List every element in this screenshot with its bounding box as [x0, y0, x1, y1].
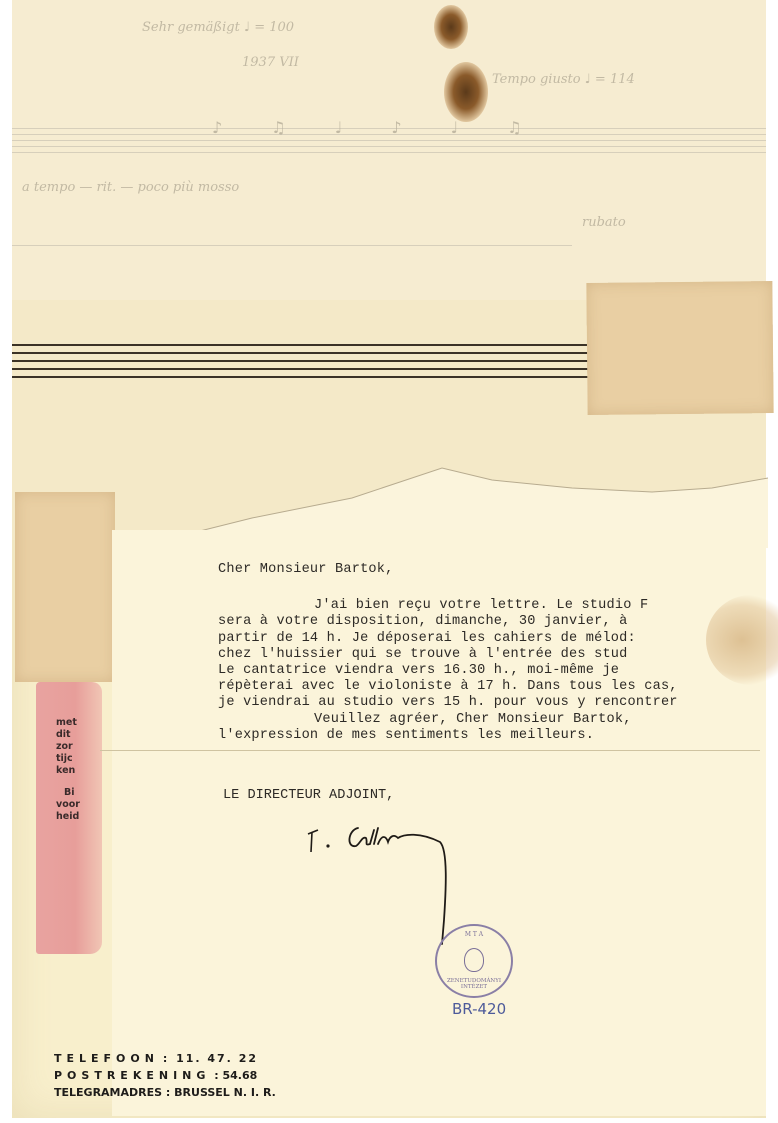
- archive-number: BR-420: [452, 1000, 506, 1018]
- stamp-top-text: M T A: [437, 931, 511, 938]
- pink-label-fragment: tijc: [56, 753, 80, 765]
- closing-line: l'expression de mes sentiments les meill…: [218, 728, 758, 744]
- burn-mark: [434, 5, 468, 49]
- music-staff: [12, 344, 592, 384]
- letter-line: Le cantatrice viendra vers 16.30 h., moi…: [218, 663, 758, 679]
- footer-label: TELEFOON: [54, 1052, 159, 1065]
- pink-label-fragment: voor: [56, 799, 80, 811]
- pink-label-text: met dit zor tijc ken Bi voor heid: [56, 717, 80, 823]
- handwritten-signature: [300, 820, 460, 950]
- paper-fold-line: [100, 750, 760, 751]
- letter-body: Cher Monsieur Bartok, J'ai bien reçu vot…: [218, 562, 758, 744]
- pencil-note: Sehr gemäßigt ♩ = 100: [142, 20, 294, 35]
- footer-value: 54.68: [223, 1069, 258, 1082]
- letter-line: chez l'huissier qui se trouve à l'entrée…: [218, 647, 758, 663]
- pencil-note: a tempo — rit. — poco più mosso: [22, 180, 239, 195]
- salutation: Cher Monsieur Bartok,: [218, 562, 758, 578]
- footer-value: 11. 47. 22: [176, 1052, 258, 1065]
- footer-postal-account: POSTREKENING : 54.68: [54, 1067, 276, 1084]
- footer-label: TELEGRAMADRES: [54, 1086, 162, 1099]
- closing-line: Veuillez agréer, Cher Monsieur Bartok,: [218, 712, 758, 728]
- footer-telephone: TELEFOON : 11. 47. 22: [54, 1050, 276, 1067]
- faint-staff: [12, 245, 572, 251]
- pink-label-fragment: heid: [56, 811, 80, 823]
- footer-value: BRUSSEL N. I. R.: [174, 1086, 276, 1099]
- letter-line: J'ai bien reçu votre lettre. Le studio F: [218, 598, 758, 614]
- letter-line: sera à votre disposition, dimanche, 30 j…: [218, 614, 758, 630]
- letter-page: Sehr gemäßigt ♩ = 100 1937 VII Tempo giu…: [12, 0, 766, 1118]
- footer-separator: :: [163, 1052, 172, 1065]
- manuscript-fragment-top: Sehr gemäßigt ♩ = 100 1937 VII Tempo giu…: [12, 0, 766, 301]
- pink-label-fragment: dit: [56, 729, 80, 741]
- pencil-note: 1937 VII: [242, 55, 299, 70]
- pink-label-fragment: ken: [56, 765, 80, 777]
- footer-separator: :: [214, 1069, 218, 1082]
- footer-telegram: TELEGRAMADRES : BRUSSEL N. I. R.: [54, 1084, 276, 1101]
- letter-line: répèterai avec le violoniste à 17 h. Dan…: [218, 679, 758, 695]
- burn-mark: [444, 62, 488, 122]
- pink-label-fragment: Bi: [56, 787, 80, 799]
- letter-line: partir de 14 h. Je déposerai les cahiers…: [218, 631, 758, 647]
- pencil-note: rubato: [582, 215, 626, 230]
- letter-line: je viendrai au studio vers 15 h. pour vo…: [218, 695, 758, 711]
- coat-of-arms-icon: [464, 948, 484, 972]
- stamp-ring-text: ZENETUDOMÁNYI INTÉZET: [437, 978, 511, 990]
- institution-stamp: M T A ZENETUDOMÁNYI INTÉZET: [435, 924, 513, 998]
- pink-label-fragment: zor: [56, 741, 80, 753]
- footer-label: POSTREKENING: [54, 1069, 210, 1082]
- letterhead-footer: TELEFOON : 11. 47. 22 POSTREKENING : 54.…: [54, 1050, 276, 1101]
- pink-label-fragment: met: [56, 717, 80, 729]
- tape-piece: [15, 492, 115, 682]
- tape-piece: [586, 281, 773, 415]
- footer-separator: :: [166, 1086, 170, 1099]
- pencil-note: Tempo giusto ♩ = 114: [492, 72, 635, 87]
- signature-title: LE DIRECTEUR ADJOINT,: [223, 788, 394, 803]
- pencil-notes-music: ♪ ♫ ♩ ♪ ♩ ♫: [212, 118, 544, 137]
